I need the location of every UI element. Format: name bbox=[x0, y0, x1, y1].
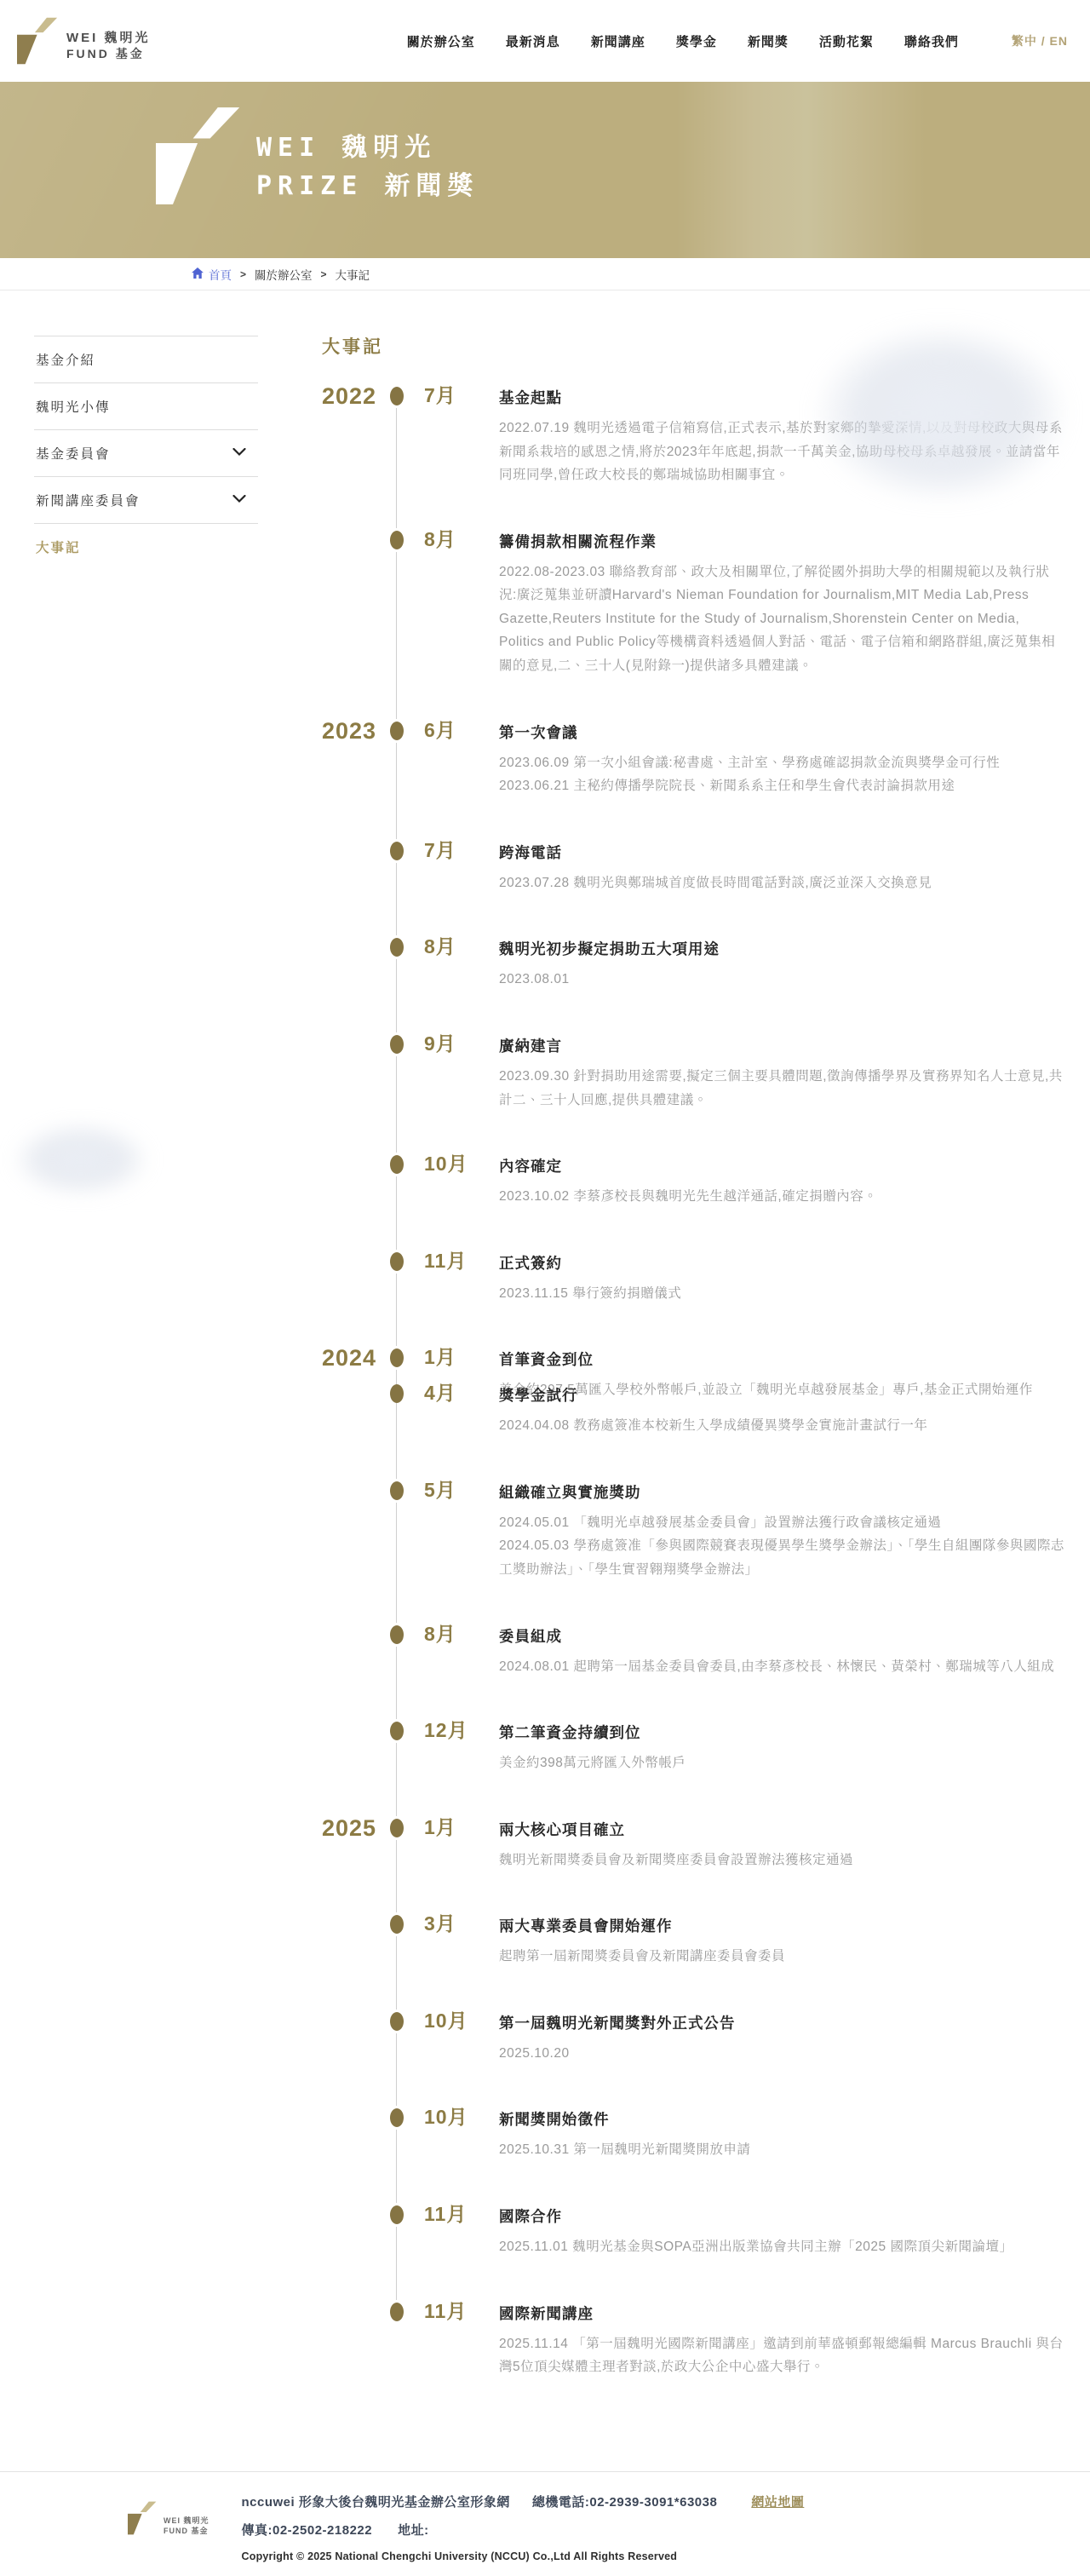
timeline-event-description: 2023.08.01 bbox=[499, 968, 1064, 992]
timeline-event-title: 跨海電話 bbox=[499, 842, 1064, 863]
timeline-month-label: 10月 bbox=[424, 2010, 499, 2066]
timeline-month-label: 1月 bbox=[424, 1816, 499, 1872]
breadcrumb-separator-icon: > bbox=[321, 268, 327, 280]
footer-brand-line2: FUND 基金 bbox=[163, 2527, 209, 2536]
timeline-event: 11月國際合作2025.11.01 魏明光基金與SOPA亞洲出版業協會共同主辦「… bbox=[322, 2203, 1064, 2259]
chevron-down-icon bbox=[232, 492, 246, 508]
timeline-month-label: 9月 bbox=[424, 1032, 499, 1112]
timeline-dot-icon bbox=[390, 1252, 404, 1271]
timeline-event: 10月新聞獎開始徵件2025.10.31 第一屆魏明光新聞獎開放申請 bbox=[322, 2106, 1064, 2162]
timeline-year-label bbox=[322, 1250, 390, 1306]
timeline-dot-icon bbox=[390, 842, 404, 860]
footer-address-label: 地址: bbox=[398, 2521, 429, 2539]
timeline-event-description: 2025.10.20 bbox=[499, 2042, 1064, 2066]
timeline-event: 20251月兩大核心項目確立魏明光新聞獎委員會及新聞獎座委員會設置辦法獲核定通過 bbox=[322, 1816, 1064, 1872]
sidebar-item-label: 魏明光小傳 bbox=[36, 397, 111, 416]
footer-brand-mark-icon bbox=[128, 2501, 157, 2539]
timeline-dot-column bbox=[390, 384, 424, 487]
timeline-month-label: 8月 bbox=[424, 935, 499, 992]
timeline-event-description: 2022.08-2023.03 聯絡教育部、政大及相關單位,了解從國外捐助大學的… bbox=[499, 561, 1064, 678]
timeline-dot-column bbox=[390, 1719, 424, 1775]
timeline-dot-icon bbox=[390, 1384, 404, 1403]
timeline-dot-column bbox=[390, 935, 424, 992]
timeline-dot-column bbox=[390, 1382, 424, 1438]
sidebar-item-4[interactable]: 新聞講座委員會 bbox=[34, 477, 258, 524]
hero-banner: WEI 魏明光 PRIZE 新聞獎 bbox=[0, 82, 1090, 258]
nav-item-2[interactable]: 最新消息 bbox=[506, 32, 560, 50]
nav-item-4[interactable]: 獎學金 bbox=[676, 32, 717, 50]
timeline-dot-icon bbox=[390, 531, 404, 549]
site-header: WEI 魏明光 FUND 基金 關於辦公室最新消息新聞講座獎學金新聞獎活動花絮聯… bbox=[0, 0, 1090, 82]
timeline-event-body: 第二筆資金持續到位美金約398萬元將匯入外幣帳戶 bbox=[499, 1719, 1064, 1775]
timeline-dot-column bbox=[390, 2106, 424, 2162]
timeline-month-label: 10月 bbox=[424, 2106, 499, 2162]
content-area: 基金介紹魏明光小傳基金委員會新聞講座委員會大事記 大事記 20227月基金起點2… bbox=[0, 290, 1090, 2471]
timeline-event-body: 兩大核心項目確立魏明光新聞獎委員會及新聞獎座委員會設置辦法獲核定通過 bbox=[499, 1816, 1064, 1872]
timeline-dot-column bbox=[390, 1153, 424, 1209]
timeline-event-description: 2024.08.01 起聘第一屆基金委員會委員,由李蔡彥校長、林懷民、黃榮村、鄭… bbox=[499, 1655, 1064, 1679]
timeline-year-label bbox=[322, 935, 390, 992]
timeline-event-title: 基金起點 bbox=[499, 387, 1064, 408]
timeline-year-label bbox=[322, 1912, 390, 1969]
timeline-description-line: 2023.08.01 bbox=[499, 968, 1064, 992]
timeline-event-body: 籌備捐款相關流程作業2022.08-2023.03 聯絡教育部、政大及相關單位,… bbox=[499, 528, 1064, 678]
sidebar-item-label: 基金委員會 bbox=[36, 444, 111, 463]
timeline: 20227月基金起點2022.07.19 魏明光透過電子信箱寫信,正式表示,基於… bbox=[322, 384, 1064, 2379]
timeline-event: 11月正式簽約2023.11.15 舉行簽約捐贈儀式 bbox=[322, 1250, 1064, 1306]
timeline-description-line: 2025.11.14 「第一屆魏明光國際新聞講座」邀請到前華盛頓郵報總編輯 Ma… bbox=[499, 2332, 1064, 2379]
timeline-event: 20227月基金起點2022.07.19 魏明光透過電子信箱寫信,正式表示,基於… bbox=[322, 384, 1064, 487]
breadcrumb-item-2: 大事記 bbox=[336, 266, 370, 283]
nav-item-1[interactable]: 關於辦公室 bbox=[407, 32, 475, 50]
timeline-dot-icon bbox=[390, 1722, 404, 1740]
timeline-year-label bbox=[322, 1719, 390, 1775]
timeline-year-label bbox=[322, 528, 390, 678]
timeline-event-description: 美金約398萬元將匯入外幣帳戶 bbox=[499, 1751, 1064, 1775]
timeline-event: 5月組織確立與實施獎助2024.05.01 「魏明光卓越發展基金委員會」設置辦法… bbox=[322, 1479, 1064, 1582]
footer-sitemap-link[interactable]: 網站地圖 bbox=[751, 2493, 804, 2510]
timeline-event-body: 新聞獎開始徵件2025.10.31 第一屆魏明光新聞獎開放申請 bbox=[499, 2106, 1064, 2162]
sidebar-item-1[interactable]: 基金介紹 bbox=[34, 336, 258, 383]
chevron-down-icon bbox=[232, 446, 246, 461]
timeline-year-label bbox=[322, 2010, 390, 2066]
timeline-event-description: 2023.11.15 舉行簽約捐贈儀式 bbox=[499, 1282, 1064, 1306]
timeline-month-label: 11月 bbox=[424, 2203, 499, 2259]
timeline-month-label: 7月 bbox=[424, 384, 499, 487]
timeline-event-body: 國際新聞講座2025.11.14 「第一屆魏明光國際新聞講座」邀請到前華盛頓郵報… bbox=[499, 2300, 1064, 2379]
timeline-year-label: 2025 bbox=[322, 1816, 390, 1872]
timeline-year-label bbox=[322, 1032, 390, 1112]
timeline-description-line: 2025.10.20 bbox=[499, 2042, 1064, 2066]
hero-title-line2: PRIZE 新聞獎 bbox=[256, 167, 479, 205]
timeline-year-label bbox=[322, 1153, 390, 1209]
timeline-event-description: 2023.07.28 魏明光與鄭瑞城首度做長時間電話對談,廣泛並深入交換意見 bbox=[499, 871, 1064, 895]
timeline-description-line: 魏明光新聞獎委員會及新聞獎座委員會設置辦法獲核定通過 bbox=[499, 1849, 1064, 1872]
timeline-event-title: 第一次會議 bbox=[499, 722, 1064, 743]
timeline-dot-column bbox=[390, 1623, 424, 1679]
timeline-event: 10月第一屆魏明光新聞獎對外正式公告2025.10.20 bbox=[322, 2010, 1064, 2066]
timeline-dot-column bbox=[390, 528, 424, 678]
timeline-event-description: 2025.11.01 魏明光基金與SOPA亞洲出版業協會共同主辦「2025 國際… bbox=[499, 2235, 1064, 2259]
site-footer: WEI 魏明光 FUND 基金 nccuwei 形象大後台魏明光基金辦公室形象網… bbox=[0, 2471, 1090, 2576]
brand-mark-icon bbox=[17, 17, 58, 65]
timeline-description-line: 2024.04.08 教務處簽准本校新生入學成績優異獎學金實施計畫試行一年 bbox=[499, 1414, 1064, 1438]
nav-item-5[interactable]: 新聞獎 bbox=[748, 32, 789, 50]
timeline-event-description: 魏明光新聞獎委員會及新聞獎座委員會設置辦法獲核定通過 bbox=[499, 1849, 1064, 1872]
timeline-year-label: 2023 bbox=[322, 719, 390, 798]
footer-info: nccuwei 形象大後台魏明光基金辦公室形象網 總機電話:02-2939-30… bbox=[242, 2493, 805, 2562]
timeline-event-title: 籌備捐款相關流程作業 bbox=[499, 531, 1064, 552]
timeline-dot-column bbox=[390, 1250, 424, 1306]
timeline-event: 9月廣納建言2023.09.30 針對捐助用途需要,擬定三個主要具體問題,徵詢傳… bbox=[322, 1032, 1064, 1112]
timeline-description-line: 2023.10.02 李蔡彥校長與魏明光先生越洋通話,確定捐贈內容。 bbox=[499, 1185, 1064, 1209]
timeline-description-line: 2024.08.01 起聘第一屆基金委員會委員,由李蔡彥校長、林懷民、黃榮村、鄭… bbox=[499, 1655, 1064, 1679]
timeline-event-description: 2025.11.14 「第一屆魏明光國際新聞講座」邀請到前華盛頓郵報總編輯 Ma… bbox=[499, 2332, 1064, 2379]
sidebar-item-label: 大事記 bbox=[36, 538, 81, 556]
footer-phone: 總機電話:02-2939-3091*63038 bbox=[532, 2493, 717, 2510]
language-switch[interactable]: 繁中 / EN bbox=[1012, 32, 1068, 49]
home-icon bbox=[192, 267, 204, 281]
timeline-description-line: 2023.11.15 舉行簽約捐贈儀式 bbox=[499, 1282, 1064, 1306]
page-title: 大事記 bbox=[322, 333, 1064, 359]
timeline-event-body: 第一屆魏明光新聞獎對外正式公告2025.10.20 bbox=[499, 2010, 1064, 2066]
timeline-event-title: 第一屆魏明光新聞獎對外正式公告 bbox=[499, 2012, 1064, 2033]
timeline-dot-column bbox=[390, 2203, 424, 2259]
timeline-event-body: 廣納建言2023.09.30 針對捐助用途需要,擬定三個主要具體問題,徵詢傳播學… bbox=[499, 1032, 1064, 1112]
timeline-dot-icon bbox=[390, 1625, 404, 1644]
timeline-event-title: 魏明光初步擬定捐助五大項用途 bbox=[499, 938, 1064, 959]
footer-logo: WEI 魏明光 FUND 基金 bbox=[128, 2501, 209, 2539]
timeline-event-title: 組織確立與實施獎助 bbox=[499, 1481, 1064, 1503]
breadcrumb-trail: >關於辦公室>大事記 bbox=[232, 266, 370, 283]
timeline-event: 8月委員組成2024.08.01 起聘第一屆基金委員會委員,由李蔡彥校長、林懷民… bbox=[322, 1623, 1064, 1679]
timeline-year-label bbox=[322, 1623, 390, 1679]
timeline-dot-column bbox=[390, 1479, 424, 1582]
brand-line1: WEI 魏明光 bbox=[66, 31, 151, 47]
timeline-description-line: 2023.07.28 魏明光與鄭瑞城首度做長時間電話對談,廣泛並深入交換意見 bbox=[499, 871, 1064, 895]
footer-brand-line1: WEI 魏明光 bbox=[163, 2516, 209, 2526]
timeline-event-body: 魏明光初步擬定捐助五大項用途2023.08.01 bbox=[499, 935, 1064, 992]
timeline-event: 10月內容確定2023.10.02 李蔡彥校長與魏明光先生越洋通話,確定捐贈內容… bbox=[322, 1153, 1064, 1209]
timeline-month-label: 3月 bbox=[424, 1912, 499, 1969]
timeline-month-label: 10月 bbox=[424, 1153, 499, 1209]
timeline-description-line: 2023.06.09 第一次小組會議:秘書處、主計室、學務處確認捐款金流與獎學金… bbox=[499, 751, 1064, 775]
timeline-description-line: 起聘第一屆新聞獎委員會及新聞講座委員會委員 bbox=[499, 1945, 1064, 1969]
timeline-event-description: 2023.09.30 針對捐助用途需要,擬定三個主要具體問題,徵詢傳播學界及實務… bbox=[499, 1065, 1064, 1112]
timeline-year-label bbox=[322, 2300, 390, 2379]
breadcrumb-item-1[interactable]: 關於辦公室 bbox=[255, 266, 313, 283]
timeline-event-title: 獎學金試行 bbox=[499, 1384, 1064, 1406]
timeline-event: 7月跨海電話2023.07.28 魏明光與鄭瑞城首度做長時間電話對談,廣泛並深入… bbox=[322, 839, 1064, 895]
timeline-event-body: 組織確立與實施獎助2024.05.01 「魏明光卓越發展基金委員會」設置辦法獲行… bbox=[499, 1479, 1064, 1582]
timeline-event-title: 兩大核心項目確立 bbox=[499, 1819, 1064, 1840]
timeline-event: 8月魏明光初步擬定捐助五大項用途2023.08.01 bbox=[322, 935, 1064, 992]
timeline-year-label: 2022 bbox=[322, 384, 390, 487]
brand-line2: FUND 基金 bbox=[66, 47, 151, 62]
hero-title-line1: WEI 魏明光 bbox=[256, 129, 479, 167]
timeline-event: 11月國際新聞講座2025.11.14 「第一屆魏明光國際新聞講座」邀請到前華盛… bbox=[322, 2300, 1064, 2379]
timeline-description-line: 2023.06.21 主秘約傳播學院院長、新聞系系主任和學生會代表討論捐款用途 bbox=[499, 774, 1064, 798]
timeline-dot-column bbox=[390, 2010, 424, 2066]
timeline-event-title: 內容確定 bbox=[499, 1155, 1064, 1176]
timeline-dot-icon bbox=[390, 722, 404, 740]
timeline-month-label: 4月 bbox=[424, 1382, 499, 1438]
timeline-dot-column bbox=[390, 1912, 424, 1969]
timeline-event-title: 國際新聞講座 bbox=[499, 2303, 1064, 2324]
timeline-event-body: 國際合作2025.11.01 魏明光基金與SOPA亞洲出版業協會共同主辦「202… bbox=[499, 2203, 1064, 2259]
timeline-year-label bbox=[322, 839, 390, 895]
sidebar-item-label: 基金介紹 bbox=[36, 350, 95, 369]
sidebar-item-3[interactable]: 基金委員會 bbox=[34, 430, 258, 477]
timeline-event-description: 2024.04.08 教務處簽准本校新生入學成績優異獎學金實施計畫試行一年 bbox=[499, 1414, 1064, 1438]
sidebar-item-2[interactable]: 魏明光小傳 bbox=[34, 383, 258, 430]
timeline-dot-icon bbox=[390, 1819, 404, 1837]
timeline-month-label: 7月 bbox=[424, 839, 499, 895]
breadcrumb-home-link[interactable]: 首頁 bbox=[192, 266, 232, 283]
footer-copyright: Copyright © 2025 National Chengchi Unive… bbox=[242, 2550, 805, 2562]
timeline-description-line: 2022.08-2023.03 聯絡教育部、政大及相關單位,了解從國外捐助大學的… bbox=[499, 561, 1064, 678]
timeline-description-line: 2025.10.31 第一屆魏明光新聞獎開放申請 bbox=[499, 2138, 1064, 2162]
timeline-event-title: 首筆資金到位 bbox=[499, 1348, 1064, 1370]
timeline-event-description: 2022.07.19 魏明光透過電子信箱寫信,正式表示,基於對家鄉的摯愛深情,以… bbox=[499, 417, 1064, 487]
main-nav: 關於辦公室最新消息新聞講座獎學金新聞獎活動花絮聯絡我們 bbox=[407, 32, 959, 50]
timeline-month-label: 5月 bbox=[424, 1479, 499, 1582]
timeline-event-body: 正式簽約2023.11.15 舉行簽約捐贈儀式 bbox=[499, 1250, 1064, 1306]
hero-lockup: WEI 魏明光 PRIZE 新聞獎 bbox=[156, 106, 479, 210]
main-column: 大事記 20227月基金起點2022.07.19 魏明光透過電子信箱寫信,正式表… bbox=[322, 333, 1064, 2420]
timeline-dot-icon bbox=[390, 2012, 404, 2031]
timeline-event: 3月兩大專業委員會開始運作起聘第一屆新聞獎委員會及新聞講座委員會委員 bbox=[322, 1912, 1064, 1969]
timeline-event-title: 第二筆資金持續到位 bbox=[499, 1722, 1064, 1743]
timeline-dot-icon bbox=[390, 2205, 404, 2224]
timeline-dot-column bbox=[390, 1816, 424, 1872]
timeline-dot-icon bbox=[390, 938, 404, 957]
timeline-event-description: 2025.10.31 第一屆魏明光新聞獎開放申請 bbox=[499, 2138, 1064, 2162]
timeline-event-title: 新聞獎開始徵件 bbox=[499, 2108, 1064, 2130]
timeline-month-label: 12月 bbox=[424, 1719, 499, 1775]
breadcrumb-separator-icon: > bbox=[240, 268, 246, 280]
timeline-month-label: 11月 bbox=[424, 2300, 499, 2379]
timeline-description-line: 2025.11.01 魏明光基金與SOPA亞洲出版業協會共同主辦「2025 國際… bbox=[499, 2235, 1064, 2259]
timeline-year-label bbox=[322, 2106, 390, 2162]
timeline-event-description: 2023.06.09 第一次小組會議:秘書處、主計室、學務處確認捐款金流與獎學金… bbox=[499, 751, 1064, 798]
timeline-event-body: 跨海電話2023.07.28 魏明光與鄭瑞城首度做長時間電話對談,廣泛並深入交換… bbox=[499, 839, 1064, 895]
timeline-dot-icon bbox=[390, 1035, 404, 1054]
timeline-event-description: 起聘第一屆新聞獎委員會及新聞講座委員會委員 bbox=[499, 1945, 1064, 1969]
timeline-event-body: 內容確定2023.10.02 李蔡彥校長與魏明光先生越洋通話,確定捐贈內容。 bbox=[499, 1153, 1064, 1209]
timeline-description-line: 2023.09.30 針對捐助用途需要,擬定三個主要具體問題,徵詢傳播學界及實務… bbox=[499, 1065, 1064, 1112]
timeline-dot-icon bbox=[390, 2108, 404, 2127]
nav-item-3[interactable]: 新聞講座 bbox=[591, 32, 645, 50]
timeline-description-line: 2024.05.03 學務處簽准「參與國際競賽表現優異學生獎學金辦法」、「學生自… bbox=[499, 1534, 1064, 1581]
timeline-description-line: 2024.05.01 「魏明光卓越發展基金委員會」設置辦法獲行政會議核定通過 bbox=[499, 1511, 1064, 1535]
timeline-month-label: 8月 bbox=[424, 1623, 499, 1679]
footer-fax: 傳真:02-2502-218222 bbox=[242, 2521, 373, 2539]
timeline-dot-icon bbox=[390, 1481, 404, 1500]
timeline-event-body: 委員組成2024.08.01 起聘第一屆基金委員會委員,由李蔡彥校長、林懷民、黃… bbox=[499, 1623, 1064, 1679]
timeline-dot-icon bbox=[390, 387, 404, 405]
timeline-event: 20236月第一次會議2023.06.09 第一次小組會議:秘書處、主計室、學務… bbox=[322, 719, 1064, 798]
sidebar-item-5[interactable]: 大事記 bbox=[34, 524, 258, 570]
hero-brand-mark-icon bbox=[156, 106, 241, 210]
timeline-dot-column bbox=[390, 1032, 424, 1112]
breadcrumb-home-label: 首頁 bbox=[209, 266, 232, 283]
page: WEI 魏明光 FUND 基金 關於辦公室最新消息新聞講座獎學金新聞獎活動花絮聯… bbox=[0, 0, 1090, 2576]
timeline-description-line: 2022.07.19 魏明光透過電子信箱寫信,正式表示,基於對家鄉的摯愛深情,以… bbox=[499, 417, 1064, 487]
timeline-event-body: 基金起點2022.07.19 魏明光透過電子信箱寫信,正式表示,基於對家鄉的摯愛… bbox=[499, 384, 1064, 487]
breadcrumb: 首頁 >關於辦公室>大事記 bbox=[0, 258, 1090, 290]
nav-item-6[interactable]: 活動花絮 bbox=[819, 32, 874, 50]
timeline-month-label: 11月 bbox=[424, 1250, 499, 1306]
timeline-dot-column bbox=[390, 719, 424, 798]
timeline-event: 12月第二筆資金持續到位美金約398萬元將匯入外幣帳戶 bbox=[322, 1719, 1064, 1775]
site-logo[interactable]: WEI 魏明光 FUND 基金 bbox=[17, 17, 151, 65]
timeline-event-body: 獎學金試行2024.04.08 教務處簽准本校新生入學成績優異獎學金實施計畫試行… bbox=[499, 1382, 1064, 1438]
timeline-dot-icon bbox=[390, 1348, 404, 1367]
timeline-event-body: 第一次會議2023.06.09 第一次小組會議:秘書處、主計室、學務處確認捐款金… bbox=[499, 719, 1064, 798]
timeline-dot-icon bbox=[390, 1915, 404, 1934]
timeline-event: 8月籌備捐款相關流程作業2022.08-2023.03 聯絡教育部、政大及相關單… bbox=[322, 528, 1064, 678]
timeline-description-line: 美金約398萬元將匯入外幣帳戶 bbox=[499, 1751, 1064, 1775]
timeline-event-title: 委員組成 bbox=[499, 1625, 1064, 1647]
timeline-dot-column bbox=[390, 839, 424, 895]
footer-site-name: nccuwei 形象大後台魏明光基金辦公室形象網 bbox=[242, 2493, 510, 2510]
timeline-month-label: 6月 bbox=[424, 719, 499, 798]
timeline-year-label bbox=[322, 1479, 390, 1582]
timeline-event-title: 廣納建言 bbox=[499, 1035, 1064, 1056]
nav-item-7[interactable]: 聯絡我們 bbox=[904, 32, 959, 50]
timeline-dot-column bbox=[390, 2300, 424, 2379]
timeline-event-description: 2023.10.02 李蔡彥校長與魏明光先生越洋通話,確定捐贈內容。 bbox=[499, 1185, 1064, 1209]
timeline-event-description: 2024.05.01 「魏明光卓越發展基金委員會」設置辦法獲行政會議核定通過20… bbox=[499, 1511, 1064, 1582]
timeline-event-body: 兩大專業委員會開始運作起聘第一屆新聞獎委員會及新聞講座委員會委員 bbox=[499, 1912, 1064, 1969]
sidebar-item-label: 新聞講座委員會 bbox=[36, 491, 141, 509]
timeline-year-label bbox=[322, 2203, 390, 2259]
timeline-event-title: 兩大專業委員會開始運作 bbox=[499, 1915, 1064, 1936]
timeline-year-label bbox=[322, 1382, 390, 1438]
timeline-event-title: 正式簽約 bbox=[499, 1252, 1064, 1274]
timeline-event-title: 國際合作 bbox=[499, 2205, 1064, 2227]
timeline-event: 4月獎學金試行2024.04.08 教務處簽准本校新生入學成績優異獎學金實施計畫… bbox=[322, 1382, 1064, 1438]
timeline-dot-icon bbox=[390, 1155, 404, 1174]
sidebar-menu: 基金介紹魏明光小傳基金委員會新聞講座委員會大事記 bbox=[34, 336, 258, 570]
timeline-month-label: 8月 bbox=[424, 528, 499, 678]
timeline-dot-icon bbox=[390, 2303, 404, 2321]
